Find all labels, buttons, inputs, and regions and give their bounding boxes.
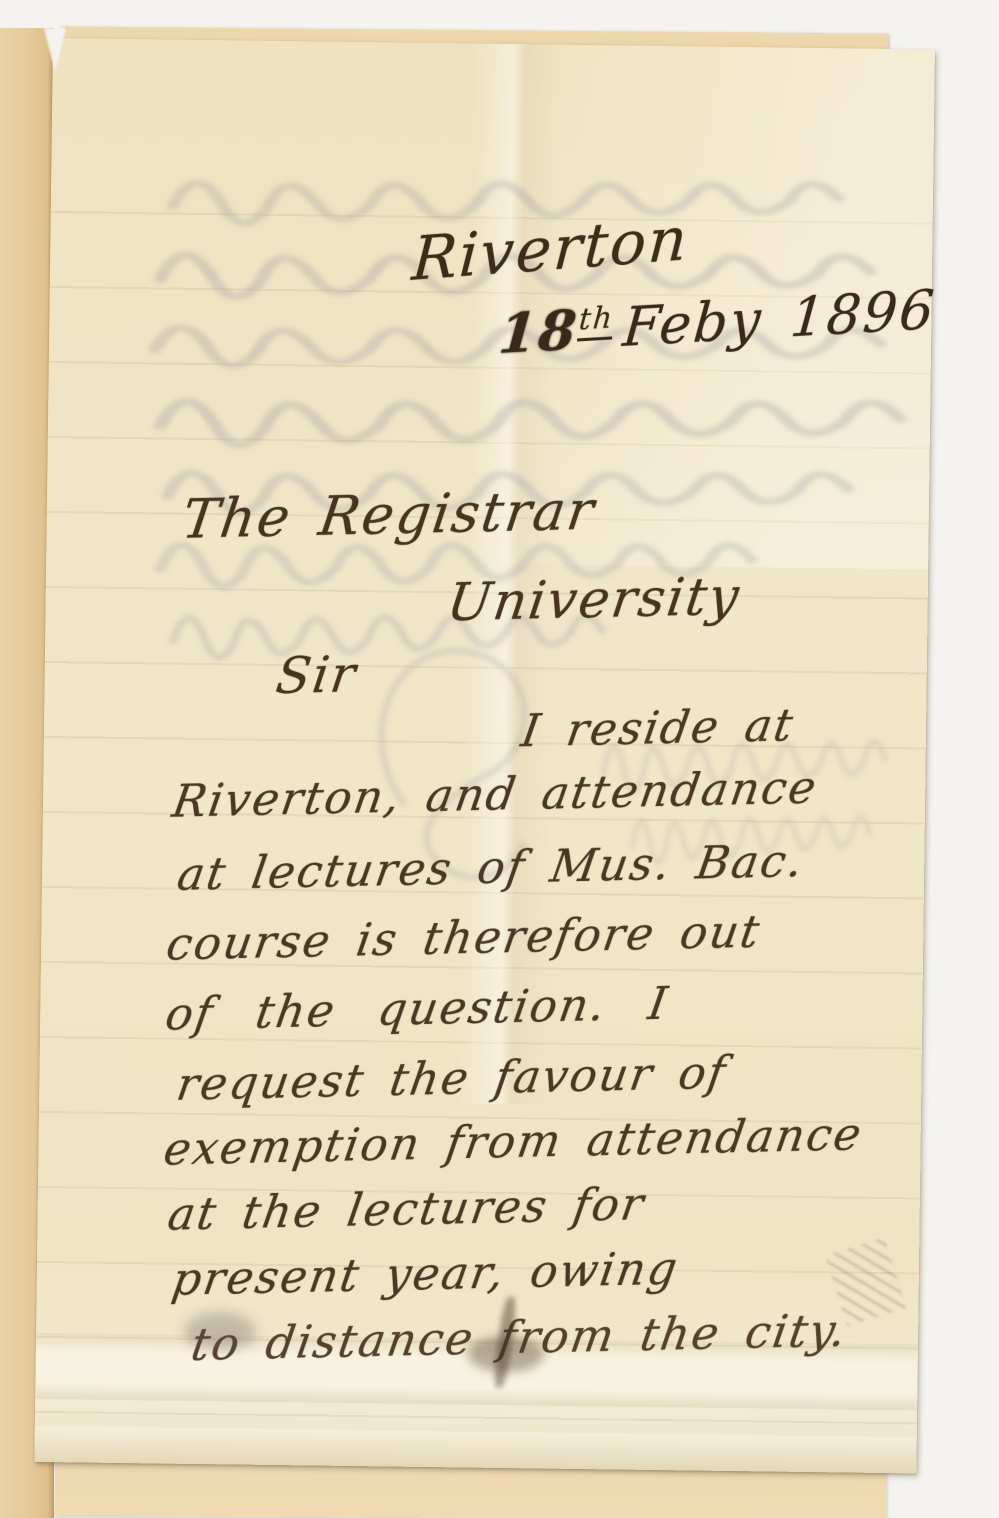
date-rest: Feby 1896	[621, 278, 939, 359]
letter-page: Riverton 18thFeby 1896 The Registrar Uni…	[34, 38, 935, 1473]
letter-line: present year, owing	[169, 1242, 683, 1306]
letter-line: at the lectures for	[165, 1177, 649, 1241]
salutation: Sir	[273, 645, 361, 705]
letter-date: 18thFeby 1896	[496, 277, 938, 366]
date-ordinal: th	[577, 300, 615, 341]
scanned-letter: Riverton 18thFeby 1896 The Registrar Uni…	[0, 0, 999, 1518]
date-day: 18	[496, 297, 580, 366]
letter-line: course is therefore out	[163, 905, 765, 971]
letter-line: I reside at	[518, 698, 798, 757]
recipient-line: The Registrar	[178, 479, 599, 551]
letter-line: of the question. I	[162, 977, 673, 1041]
letter-line: request the favour of	[173, 1046, 731, 1111]
letter-line: to distance from the city.	[188, 1304, 851, 1371]
letter-line: at lectures of Mus. Bac.	[174, 834, 808, 901]
letter-line: exemption from attendance	[160, 1107, 866, 1175]
gutter-notch	[44, 28, 66, 72]
letter-line: Riverton, and attendance	[169, 760, 822, 827]
recipient-line: University	[444, 567, 745, 634]
letter-place: Riverton	[410, 204, 691, 295]
